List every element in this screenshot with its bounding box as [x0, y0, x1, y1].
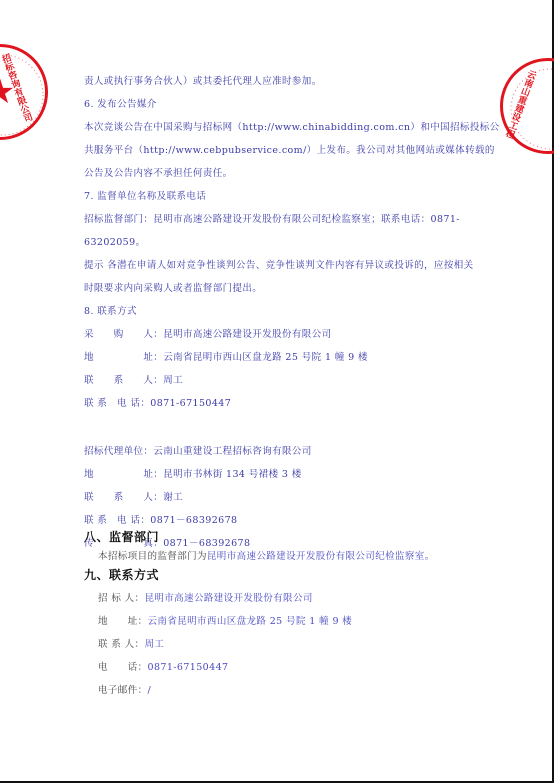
company-seal-right: ★ 云南山重建设工程 [500, 58, 554, 154]
contact-value: 周工 [144, 639, 164, 650]
paragraph-line: 共服务平台（http://www.cebpubservice.com/）上发布。… [84, 142, 495, 156]
company-seal-left: ★ 招标咨询有限公司 [0, 44, 48, 140]
document-page: ★ 招标咨询有限公司 ★ 云南山重建设工程 责人或执行事务合伙人）或其委托代理人… [0, 0, 554, 783]
contact-row-person: 联 系 人：周工 [98, 636, 164, 650]
contact-value: / [148, 685, 152, 696]
paragraph-line: 本次竞谈公告在中国采购与招标网（http://www.chinabidding.… [84, 119, 500, 133]
contact-row-email: 电子邮件：/ [98, 682, 151, 696]
contact-label: 联 系 人： [98, 639, 144, 650]
contact-row-address: 地 址：云南省昆明市西山区盘龙路 25 号院 1 幢 9 楼 [98, 613, 352, 627]
contact-value: 云南省昆明市西山区盘龙路 25 号院 1 幢 9 楼 [148, 616, 353, 627]
contact-row-tenderer: 招 标 人：昆明市高速公路建设开发股份有限公司 [98, 590, 313, 604]
contact-value: 云南山重建设工程招标咨询有限公司 [153, 446, 311, 457]
contact-value: 0871-67150447 [150, 398, 231, 409]
paragraph-line: 提示 各潜在申请人如对竞争性谈判公告、竞争性谈判文件内容有异议或投诉的，应按相关 [84, 257, 474, 271]
contact-value: 昆明市书林街 134 号裙楼 3 楼 [163, 469, 301, 480]
contact-label: 联 系 人： [84, 492, 163, 503]
contact-value: 云南省昆明市西山区盘龙路 25 号院 1 幢 9 楼 [163, 352, 368, 363]
section-ba-title: 八、监督部门 [84, 528, 159, 545]
contact-row-phone: 电 话：0871-67150447 [98, 659, 228, 673]
section-jiu-title: 九、联系方式 [84, 566, 159, 583]
supervision-prefix: 本招标项目的监督部门为 [98, 551, 207, 562]
section-8-title: 8. 联系方式 [84, 303, 137, 317]
contact-label: 联 系 人： [84, 375, 163, 386]
supervision-value: 昆明市高速公路建设开发股份有限公司纪检监察室。 [207, 551, 435, 562]
paragraph-line: 招标监督部门：昆明市高速公路建设开发股份有限公司纪检监察室；联系电话：0871- [84, 211, 460, 225]
contact-row-purchaser: 采 购 人：昆明市高速公路建设开发股份有限公司 [84, 326, 332, 340]
section-6-title: 6. 发布公告媒介 [84, 96, 157, 110]
paragraph-line: 63202059。 [84, 234, 145, 248]
contact-label: 招 标 人： [98, 593, 144, 604]
contact-row-phone: 联 系 电 话：0871-67150447 [84, 395, 231, 409]
contact-label: 地 址： [84, 469, 163, 480]
paragraph-line: 时限要求内向采购人或者监督部门提出。 [84, 280, 262, 294]
agency-row-address: 地 址：昆明市书林街 134 号裙楼 3 楼 [84, 466, 302, 480]
contact-label: 电 话： [98, 662, 148, 673]
contact-value: 昆明市高速公路建设开发股份有限公司 [144, 593, 312, 604]
agency-row-name: 招标代理单位：云南山重建设工程招标咨询有限公司 [84, 443, 312, 457]
contact-label: 采 购 人： [84, 329, 163, 340]
contact-label: 招标代理单位： [84, 446, 153, 457]
contact-row-address: 地 址：云南省昆明市西山区盘龙路 25 号院 1 幢 9 楼 [84, 349, 368, 363]
contact-label: 地 址： [84, 352, 163, 363]
contact-value: 周工 [163, 375, 183, 386]
contact-row-person: 联 系 人：周工 [84, 372, 183, 386]
contact-value: 0871-67150447 [148, 662, 229, 673]
paragraph-line: 公告及公告内容不承担任何责任。 [84, 165, 233, 179]
contact-value: 0871－68392678 [150, 515, 237, 526]
supervision-paragraph: 本招标项目的监督部门为昆明市高速公路建设开发股份有限公司纪检监察室。 [98, 548, 435, 562]
agency-row-phone: 联 系 电 话：0871－68392678 [84, 512, 237, 526]
contact-label: 电子邮件： [98, 685, 148, 696]
contact-label: 地 址： [98, 616, 148, 627]
section-7-title: 7. 监督单位名称及联系电话 [84, 188, 206, 202]
contact-value: 谢工 [163, 492, 183, 503]
contact-label: 联 系 电 话： [84, 398, 150, 409]
contact-value: 昆明市高速公路建设开发股份有限公司 [163, 329, 331, 340]
paragraph-line: 责人或执行事务合伙人）或其委托代理人应准时参加。 [84, 73, 322, 87]
agency-row-person: 联 系 人：谢工 [84, 489, 183, 503]
contact-label: 联 系 电 话： [84, 515, 150, 526]
